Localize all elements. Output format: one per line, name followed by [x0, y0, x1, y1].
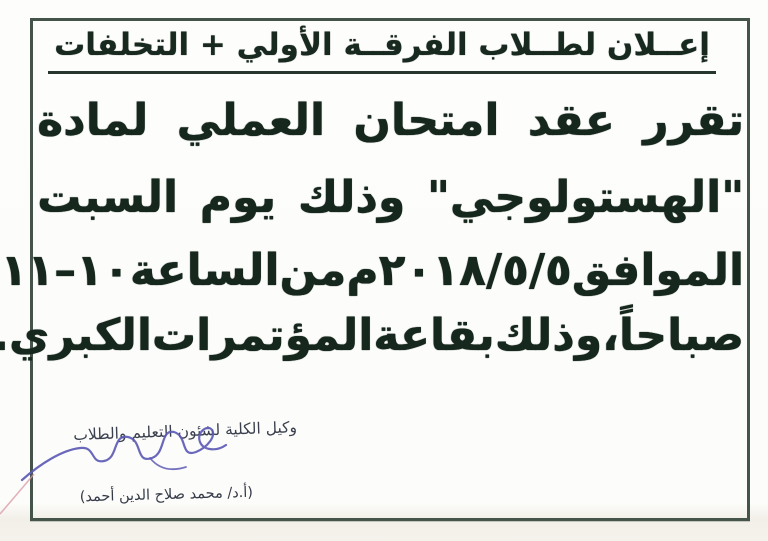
- dash-separator: –: [54, 245, 76, 296]
- body-word: لمادة: [37, 95, 148, 146]
- body-word: وذلك: [298, 172, 405, 223]
- announcement-border-frame: إعــلان لطــلاب الفرقــة الأولي + التخلف…: [30, 18, 750, 521]
- body-word: صباحاً،: [602, 310, 744, 361]
- body-word: الساعة: [130, 245, 280, 296]
- body-word: "الهستولوجي": [427, 172, 744, 223]
- body-line-2: "الهستولوجي" وذلك يوم السبت: [37, 164, 744, 230]
- exam-end-hour: ١١: [0, 245, 54, 296]
- signature-tail-stroke: [0, 474, 34, 514]
- body-line-3: الموافق ٢٠١٨/٥/٥م من الساعة ١٠ – ١١: [37, 237, 744, 303]
- body-word: العملي: [176, 95, 324, 146]
- body-word: تقرر: [643, 95, 744, 146]
- exam-date: ٢٠١٨/٥/٥م: [346, 245, 572, 296]
- body-word: وذلك: [495, 310, 602, 361]
- body-word: عقد: [528, 95, 615, 146]
- body-word: بقاعة: [373, 310, 494, 361]
- body-word: السبت: [37, 172, 178, 223]
- exam-start-hour: ١٠: [76, 245, 130, 296]
- body-word: الكبري.: [0, 310, 152, 361]
- signer-name-handwritten: (أ.د/ محمد صلاح الدين أحمد): [85, 485, 253, 505]
- body-word: يوم: [200, 172, 276, 223]
- body-word: امتحان: [353, 95, 499, 146]
- body-word: من: [279, 245, 346, 296]
- announcement-title: إعــلان لطــلاب الفرقــة الأولي + التخلف…: [48, 24, 716, 74]
- body-word: الموافق: [572, 245, 744, 296]
- body-line-1: تقرر عقد امتحان العملي لمادة: [37, 87, 744, 153]
- scanned-announcement-page: إعــلان لطــلاب الفرقــة الأولي + التخلف…: [0, 0, 768, 541]
- body-word: المؤتمرات: [152, 310, 373, 361]
- title-row: إعــلان لطــلاب الفرقــة الأولي + التخلف…: [33, 24, 747, 74]
- body-line-4: صباحاً، وذلك بقاعة المؤتمرات الكبري.: [37, 302, 744, 368]
- signer-role-handwritten: وكيل الكلية لشئون التعليم والطلاب: [81, 418, 297, 444]
